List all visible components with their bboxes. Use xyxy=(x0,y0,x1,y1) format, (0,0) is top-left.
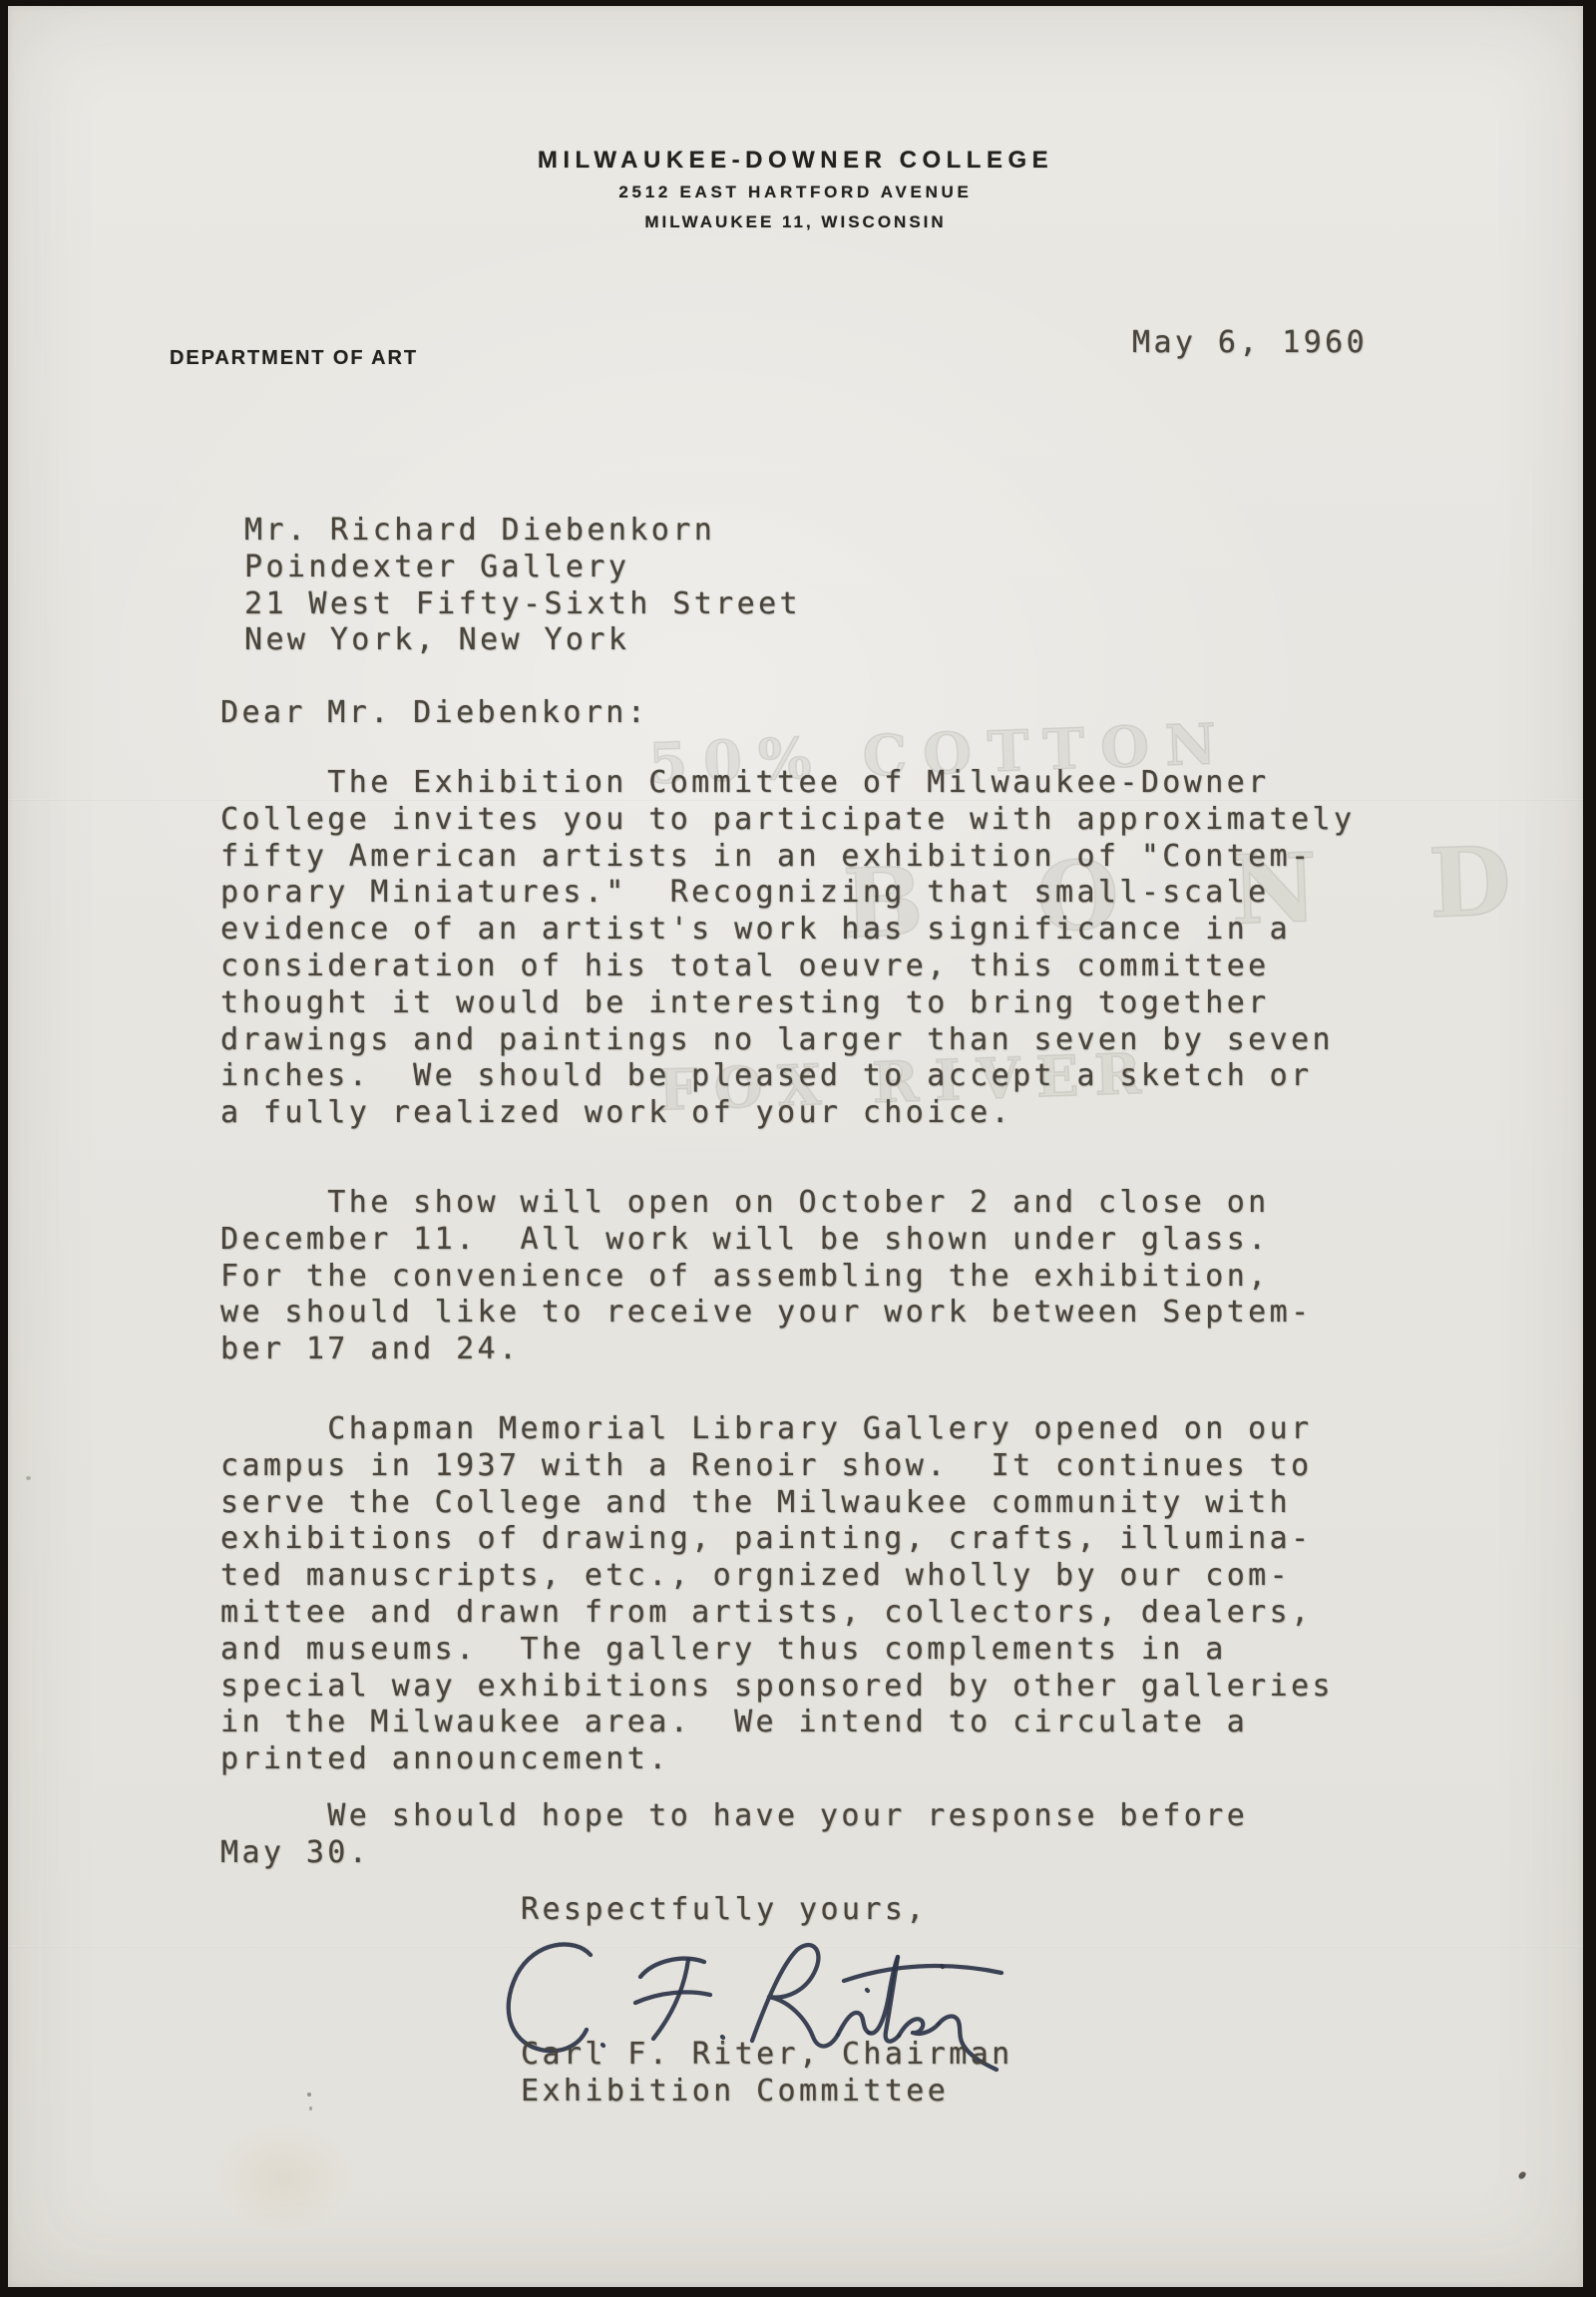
letterhead-street-address: 2512 EAST HARTFORD AVENUE xyxy=(8,183,1583,202)
body-paragraph-2: The show will open on October 2 and clos… xyxy=(220,1185,1313,1368)
department-label: DEPARTMENT OF ART xyxy=(170,347,418,370)
valediction-text: Respectfully yours, xyxy=(521,1892,928,1929)
recipient-address-block: Mr. Richard Diebenkorn Poindexter Galler… xyxy=(244,513,801,659)
signer-name-block: Carl F. Riter, Chairman Exhibition Commi… xyxy=(521,2037,1013,2110)
paper-stain xyxy=(214,2124,354,2234)
ink-speck xyxy=(307,2093,311,2097)
salutation-text: Dear Mr. Diebenkorn: xyxy=(220,695,648,732)
ink-speck xyxy=(309,2106,312,2110)
letterhead-city-line: MILWAUKEE 11, WISCONSIN xyxy=(8,212,1583,232)
body-paragraph-4: We should hope to have your response bef… xyxy=(220,1798,1248,1872)
date-text: May 6, 1960 xyxy=(1132,325,1368,362)
scanned-letter-page: 50% COTTON BOND FOX RIVER MILWAUKEE-DOWN… xyxy=(0,0,1596,2297)
body-paragraph-1: The Exhibition Committee of Milwaukee-Do… xyxy=(220,765,1355,1132)
ink-speck xyxy=(26,1476,31,1480)
body-paragraph-3: Chapman Memorial Library Gallery opened … xyxy=(220,1411,1334,1778)
letterhead-college-name: MILWAUKEE-DOWNER COLLEGE xyxy=(8,147,1583,175)
